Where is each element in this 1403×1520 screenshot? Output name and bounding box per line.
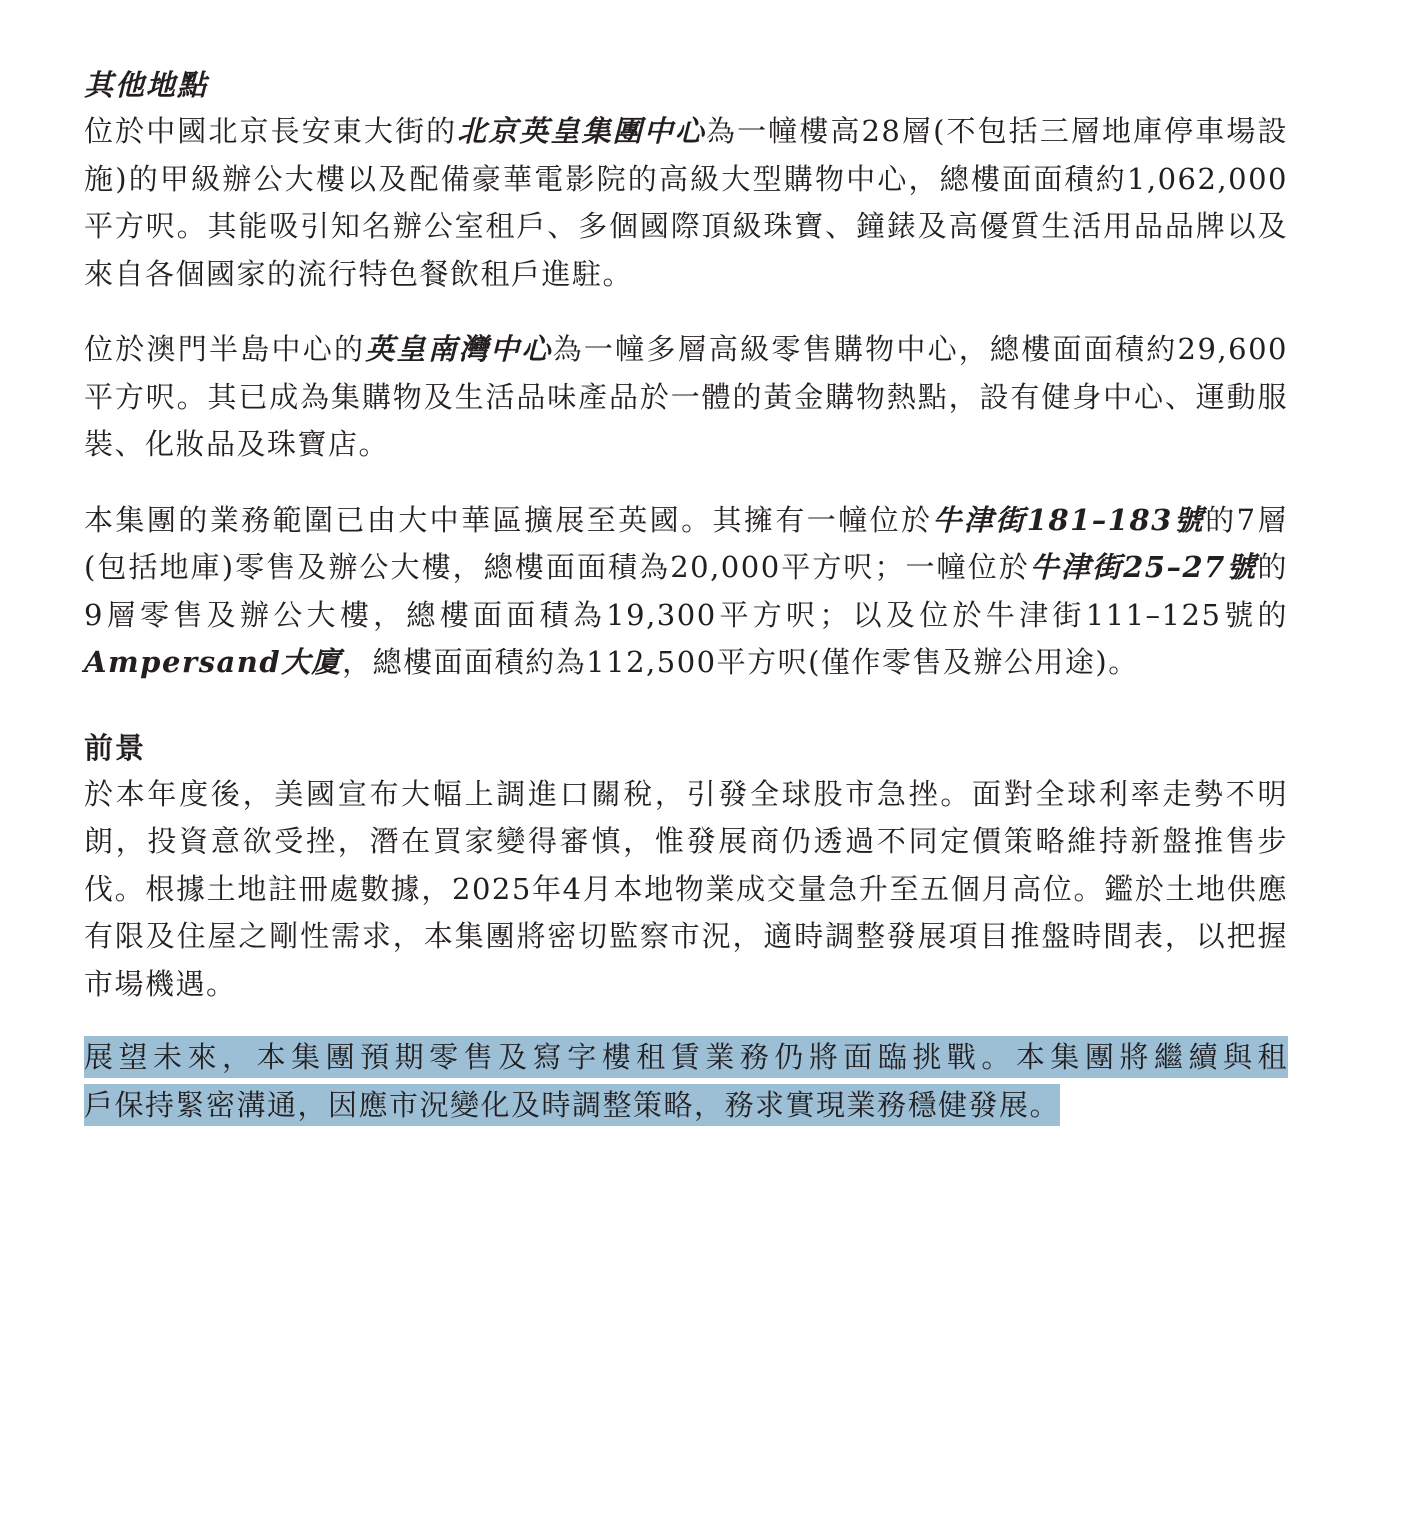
paragraph-spacer xyxy=(84,469,1288,497)
highlighted-line[interactable]: 展望未來，本集團預期零售及寫字樓租賃業務仍將面臨挑戰。本集團將繼續與租 xyxy=(84,1036,1288,1084)
property-name-oxford-street-181-183: 牛津街181–183號 xyxy=(932,503,1205,537)
paragraph-market-outlook: 於本年度後，美國宣布大幅上調進口關稅，引發全球股市急挫。面對全球利率走勢不明朗，… xyxy=(84,771,1288,1009)
section-heading-prospects: 前景 xyxy=(84,725,1288,771)
selected-text[interactable]: 戶保持緊密溝通，因應市況變化及時調整策略，務求實現業務穩健發展。 xyxy=(84,1084,1060,1126)
property-name-beijing-emperor-group-centre: 北京英皇集團中心 xyxy=(457,114,706,148)
text-run: 位於中國北京長安東大街的 xyxy=(84,114,457,148)
highlighted-paragraph-leasing-outlook[interactable]: 展望未來，本集團預期零售及寫字樓租賃業務仍將面臨挑戰。本集團將繼續與租 戶保持緊… xyxy=(84,1036,1288,1131)
text-run: 本集團的業務範圍已由大中華區擴展至英國。其擁有一幢位於 xyxy=(84,503,932,537)
text-run: ，總樓面面積約為112,500平方呎(僅作零售及辦公用途)。 xyxy=(342,645,1139,679)
document-page: 其他地點 位於中國北京長安東大街的北京英皇集團中心為一幢樓高28層(不包括三層地… xyxy=(84,62,1288,1131)
paragraph-spacer xyxy=(84,1008,1288,1036)
paragraph-uk: 本集團的業務範圍已由大中華區擴展至英國。其擁有一幢位於牛津街181–183號的7… xyxy=(84,497,1288,687)
selected-text[interactable]: 展望未來，本集團預期零售及寫字樓租賃業務仍將面臨挑戰。本集團將繼續與租 xyxy=(84,1036,1288,1078)
paragraph-macau: 位於澳門半島中心的英皇南灣中心為一幢多層高級零售購物中心，總樓面面積約29,60… xyxy=(84,326,1288,469)
highlighted-line[interactable]: 戶保持緊密溝通，因應市況變化及時調整策略，務求實現業務穩健發展。 xyxy=(84,1084,1288,1132)
property-name-oxford-street-25-27: 牛津街25–27號 xyxy=(1030,550,1258,584)
text-run: 位於澳門半島中心的 xyxy=(84,332,365,366)
property-name-emperor-nam-van-centre: 英皇南灣中心 xyxy=(365,332,552,366)
text-run: 於本年度後，美國宣布大幅上調進口關稅，引發全球股市急挫。面對全球利率走勢不明朗，… xyxy=(84,777,1288,1001)
paragraph-spacer xyxy=(84,298,1288,326)
section-spacer xyxy=(84,687,1288,725)
property-name-ampersand-building: Ampersand大廈 xyxy=(84,645,342,679)
paragraph-beijing: 位於中國北京長安東大街的北京英皇集團中心為一幢樓高28層(不包括三層地庫停車場設… xyxy=(84,108,1288,298)
section-heading-other-locations: 其他地點 xyxy=(84,62,1288,108)
